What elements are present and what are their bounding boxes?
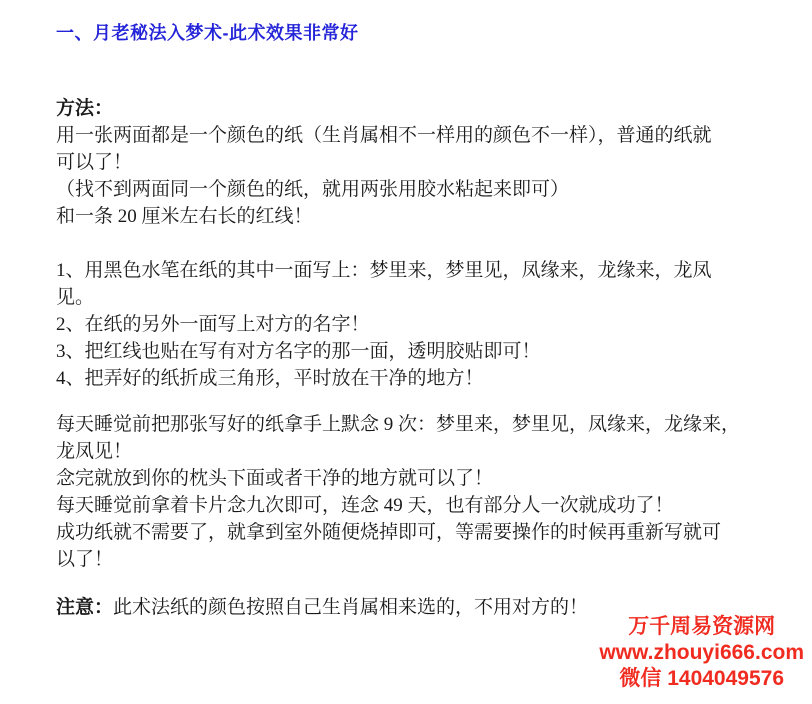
step-line: 1、用黑色水笔在纸的其中一面写上：梦里来，梦里见，凤缘来，龙缘来，龙凤 [56,257,756,284]
step-line: 3、把红线也贴在写有对方名字的那一面，透明胶贴即可！ [56,338,756,365]
watermark: 万千周易资源网 www.zhouyi666.com 微信 1404049576 [599,614,804,692]
step-line: 2、在纸的另外一面写上对方的名字！ [56,311,756,338]
method-label: 方法： [56,95,756,122]
step-line: 4、把弄好的纸折成三角形，平时放在干净的地方！ [56,365,756,392]
document-page: 一、月老秘法入梦术-此术效果非常好 方法： 用一张两面都是一个颜色的纸（生肖属相… [0,0,812,704]
method-section: 方法： 用一张两面都是一个颜色的纸（生肖属相不一样用的颜色不一样），普通的纸就 … [56,95,756,230]
practice-line: 每天睡觉前把那张写好的纸拿手上默念 9 次：梦里来，梦里见，凤缘来，龙缘来， [56,411,756,438]
practice-line: 成功纸就不需要了，就拿到室外随便烧掉即可，等需要操作的时候再重新写就可 [56,519,756,546]
watermark-wechat: 微信 1404049576 [599,666,804,692]
steps-section: 1、用黑色水笔在纸的其中一面写上：梦里来，梦里见，凤缘来，龙缘来，龙凤 见。 2… [56,257,756,392]
note-text: 此术法纸的颜色按照自己生肖属相来选的，不用对方的！ [113,597,588,618]
practice-section: 每天睡觉前把那张写好的纸拿手上默念 9 次：梦里来，梦里见，凤缘来，龙缘来， 龙… [56,411,756,573]
practice-line: 以了！ [56,546,756,573]
watermark-site-name: 万千周易资源网 [599,614,804,640]
note-label: 注意： [56,597,113,618]
method-line: 可以了！ [56,149,756,176]
watermark-site-url: www.zhouyi666.com [599,640,804,666]
method-line: 用一张两面都是一个颜色的纸（生肖属相不一样用的颜色不一样），普通的纸就 [56,122,756,149]
practice-line: 每天睡觉前拿着卡片念九次即可，连念 49 天，也有部分人一次就成功了！ [56,492,756,519]
practice-line: 念完就放到你的枕头下面或者干净的地方就可以了！ [56,465,756,492]
step-line: 见。 [56,284,756,311]
page-title: 一、月老秘法入梦术-此术效果非常好 [56,20,756,46]
method-line: 和一条 20 厘米左右长的红线！ [56,203,756,230]
practice-line: 龙凤见！ [56,438,756,465]
method-line: （找不到两面同一个颜色的纸，就用两张用胶水粘起来即可） [56,176,756,203]
